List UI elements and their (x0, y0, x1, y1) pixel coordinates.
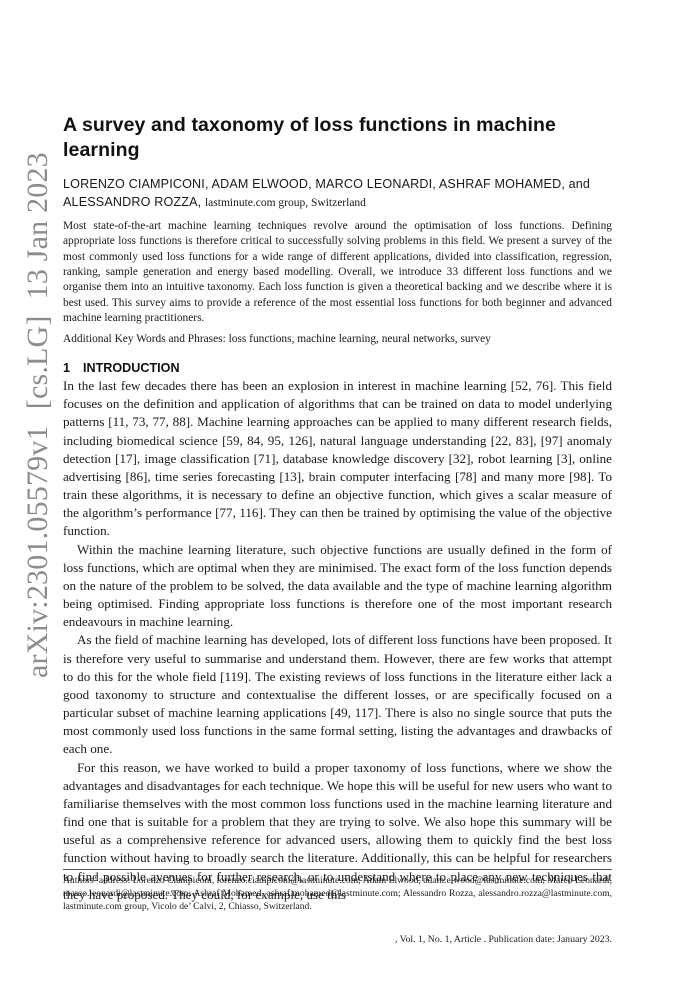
author-list: LORENZO CIAMPICONI, ADAM ELWOOD, MARCO L… (63, 175, 615, 212)
section-heading: 1INTRODUCTION (63, 359, 180, 377)
publication-info: , Vol. 1, No. 1, Article . Publication d… (63, 933, 612, 946)
paper-title: A survey and taxonomy of loss functions … (63, 113, 563, 163)
arxiv-date: 13 Jan 2023 (18, 152, 58, 299)
paragraph: As the field of machine learning has dev… (63, 631, 612, 758)
abstract: Most state-of-the-art machine learning t… (63, 219, 612, 326)
paragraph: Within the machine learning literature, … (63, 541, 612, 632)
keywords: Additional Key Words and Phrases: loss f… (63, 332, 612, 347)
paragraph: In the last few decades there has been a… (63, 377, 612, 541)
section-number: 1 (63, 359, 83, 377)
arxiv-identifier-stamp: arXiv:2301.05579v1[cs.LG]13 Jan 2023 (18, 192, 58, 678)
section-title: INTRODUCTION (83, 361, 180, 375)
author-affiliation: lastminute.com group, Switzerland (205, 197, 366, 209)
arxiv-id: arXiv:2301.05579v1 (18, 425, 58, 678)
authors-address-footnote: Authors’ address: Lorenzo Ciampiconi, lo… (63, 874, 612, 914)
introduction-body: In the last few decades there has been a… (63, 377, 612, 904)
footnote-divider (63, 869, 612, 870)
arxiv-category: [cs.LG] (18, 315, 58, 409)
